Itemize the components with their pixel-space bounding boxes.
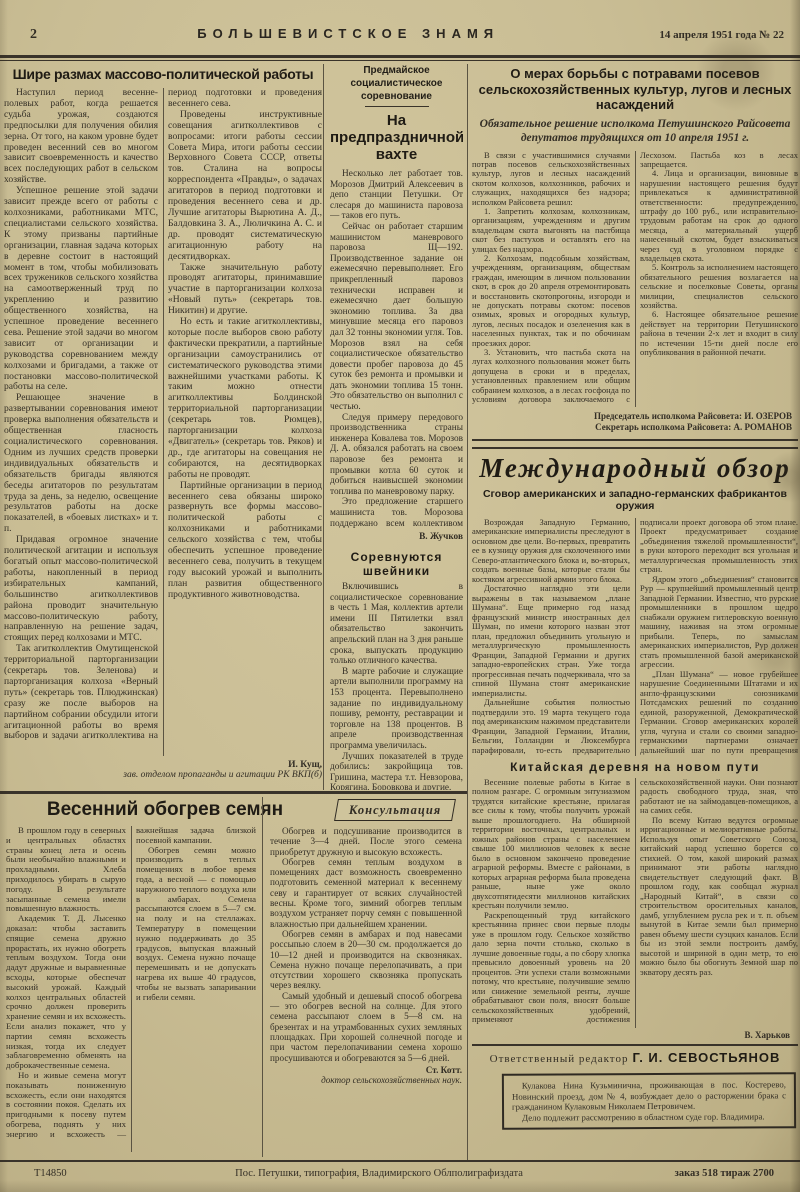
footer-rule — [0, 1160, 800, 1162]
seeds-body-narrow-columns: В прошлом году в северных и центральных … — [6, 826, 256, 1152]
masthead-rule-thin — [0, 60, 800, 61]
column-rule-seeds — [262, 797, 263, 1157]
footer: Т14850 Пос. Петушки, типография, Владими… — [34, 1168, 774, 1179]
masthead-title: БОЛЬШЕВИСТСКОЕ ЗНАМЯ — [37, 26, 659, 41]
editor-line: Ответственный редактор Г. И. СЕВОСТЬЯНОВ — [472, 1049, 798, 1067]
weapons-article-body: Возрождая Западную Германию, американски… — [472, 518, 798, 756]
seeds-body-wide-column: Обогрев и подсушивание производится в те… — [270, 826, 462, 1152]
china-signature: В. Харьков — [472, 1030, 790, 1040]
editorial-article: Шире размах массово-политической работы … — [4, 64, 322, 780]
china-article-body: Весенние полевые работы в Китае в полном… — [472, 778, 798, 1028]
seeds-title: Весенний обогрев семян — [0, 799, 330, 821]
divorce-notice-box: Кулакова Нина Кузьминична, проживающая в… — [502, 1072, 796, 1130]
decree-title: О мерах борьбы с потравами посевов сельс… — [476, 66, 794, 113]
decree-subtitle: Обязательное решение исполкома Петушинск… — [474, 117, 796, 145]
footer-order-circulation: заказ 518 тираж 2700 — [604, 1168, 774, 1179]
decree-signature-secretary: Секретарь исполкома Райсовета: А. РОМАНО… — [472, 422, 792, 433]
consultation-rubric-label: Консультация — [349, 803, 441, 818]
editorial-signature-role: зав. отделом пропаганды и агитации РК ВК… — [4, 770, 322, 780]
masthead-rule-thick — [0, 55, 800, 58]
column-rule-editorial — [323, 64, 324, 790]
consultation-rubric-box: Консультация — [334, 799, 456, 821]
vahta-article-title: На предпраздничной вахте — [330, 112, 463, 163]
seeds-signature-role: доктор сельскохозяйственных наук. — [270, 1075, 462, 1085]
editorial-signature: И. Кущ, — [4, 760, 322, 770]
column-rule-main — [467, 64, 468, 1160]
divorce-notice-text2: Дело подлежит рассмотрению в областном с… — [512, 1110, 786, 1122]
seeds-signature: Ст. Котт. — [270, 1065, 462, 1075]
seeds-wide-text: Обогрев и подсушивание производится в те… — [270, 826, 462, 1063]
divorce-notice-text: Кулакова Нина Кузьминична, проживающая в… — [512, 1079, 786, 1112]
footer-print-code: Т14850 — [34, 1168, 154, 1179]
international-section-rule — [472, 439, 798, 449]
newspaper-page: 2 БОЛЬШЕВИСТСКОЕ ЗНАМЯ 14 апреля 1951 го… — [0, 0, 800, 1192]
rubric-rule — [365, 106, 429, 107]
shveiniki-article-body: Включившись в социалистическое соревнова… — [330, 582, 463, 790]
editorial-signature-block: И. Кущ, зав. отделом пропаганды и агитац… — [4, 760, 322, 780]
seeds-section-rule — [0, 791, 467, 794]
right-zone: О мерах борьбы с потравами посевов сельс… — [472, 64, 798, 1160]
decree-body: В связи с участившимися случаями потрав … — [472, 151, 798, 407]
china-article-title: Китайская деревня на новом пути — [472, 760, 798, 774]
vahta-article-body: Несколько лет работает тов. Морозов Дмит… — [330, 169, 463, 531]
editor-label: Ответственный редактор — [490, 1053, 629, 1065]
seeds-header-row: Весенний обогрев семян Консультация — [0, 796, 467, 824]
page-header: 2 БОЛЬШЕВИСТСКОЕ ЗНАМЯ 14 апреля 1951 го… — [30, 26, 784, 43]
editor-rule — [472, 1044, 798, 1046]
middle-column: Предмайское социалистическое соревновани… — [330, 64, 463, 790]
page-number: 2 — [30, 27, 37, 43]
seeds-body-row: В прошлом году в северных и центральных … — [0, 824, 467, 1154]
international-section-title: Международный обзор — [472, 453, 798, 484]
shveiniki-article-title: Соревнуются швейники — [330, 550, 463, 578]
seeds-section: Весенний обогрев семян Консультация В пр… — [0, 796, 467, 1157]
footer-imprint: Пос. Петушки, типография, Владимирского … — [154, 1168, 604, 1179]
decree-signatures: Председатель исполкома Райсовета: И. ОЗЕ… — [472, 411, 792, 433]
weapons-article-title: Сговор американских и западно-германских… — [474, 488, 796, 513]
editorial-title: Шире размах массово-политической работы — [4, 66, 322, 82]
editor-name: Г. И. СЕВОСТЬЯНОВ — [632, 1050, 780, 1065]
decree-signature-chairman: Председатель исполкома Райсовета: И. ОЗЕ… — [472, 411, 792, 422]
vahta-signature: В. Жучков — [330, 532, 463, 542]
issue-date: 14 апреля 1951 года № 22 — [659, 29, 784, 41]
rubric-premay-competition: Предмайское социалистическое соревновани… — [330, 64, 463, 103]
editorial-body: Наступил период весенне-полевых работ, к… — [4, 88, 322, 756]
